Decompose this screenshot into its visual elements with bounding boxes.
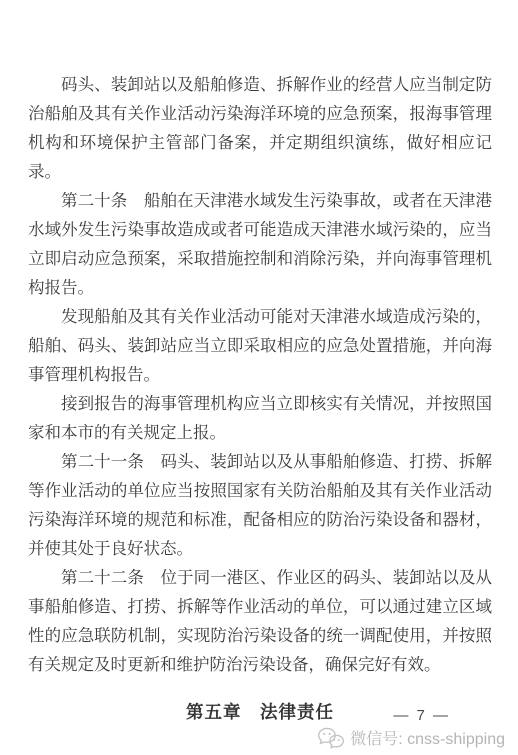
- paragraph-article-20-clause-2: 发现船舶及其有关作业活动可能对天津港水域造成污染的，船舶、码头、装卸站应当立即采…: [28, 303, 492, 390]
- document-page: 码头、装卸站以及船舶修造、拆解作业的经营人应当制定防治船舶及其有关作业活动污染海…: [0, 0, 518, 755]
- paragraph-intro: 码头、装卸站以及船舶修造、拆解作业的经营人应当制定防治船舶及其有关作业活动污染海…: [28, 71, 492, 187]
- page-footer: — 7 — 微信号: cnss-shipping: [317, 707, 505, 749]
- paragraph-article-22: 第二十二条 位于同一港区、作业区的码头、装卸站以及从事船舶修造、打捞、拆解等作业…: [28, 564, 492, 680]
- watermark-text: 微信号: cnss-shipping: [350, 726, 505, 749]
- paragraph-article-21: 第二十一条 码头、装卸站以及从事船舶修造、打捞、拆解等作业活动的单位应当按照国家…: [28, 448, 492, 564]
- document-body: 码头、装卸站以及船舶修造、拆解作业的经营人应当制定防治船舶及其有关作业活动污染海…: [28, 71, 492, 680]
- watermark: 微信号: cnss-shipping: [317, 726, 505, 749]
- wechat-icon: [317, 726, 345, 749]
- paragraph-article-20-clause-3: 接到报告的海事管理机构应当立即核实有关情况，并按照国家和本市的有关规定上报。: [28, 390, 492, 448]
- paragraph-article-20: 第二十条 船舶在天津港水域发生污染事故，或者在天津港水域外发生污染事故造成或者可…: [28, 187, 492, 303]
- page-number: — 7 —: [317, 707, 505, 724]
